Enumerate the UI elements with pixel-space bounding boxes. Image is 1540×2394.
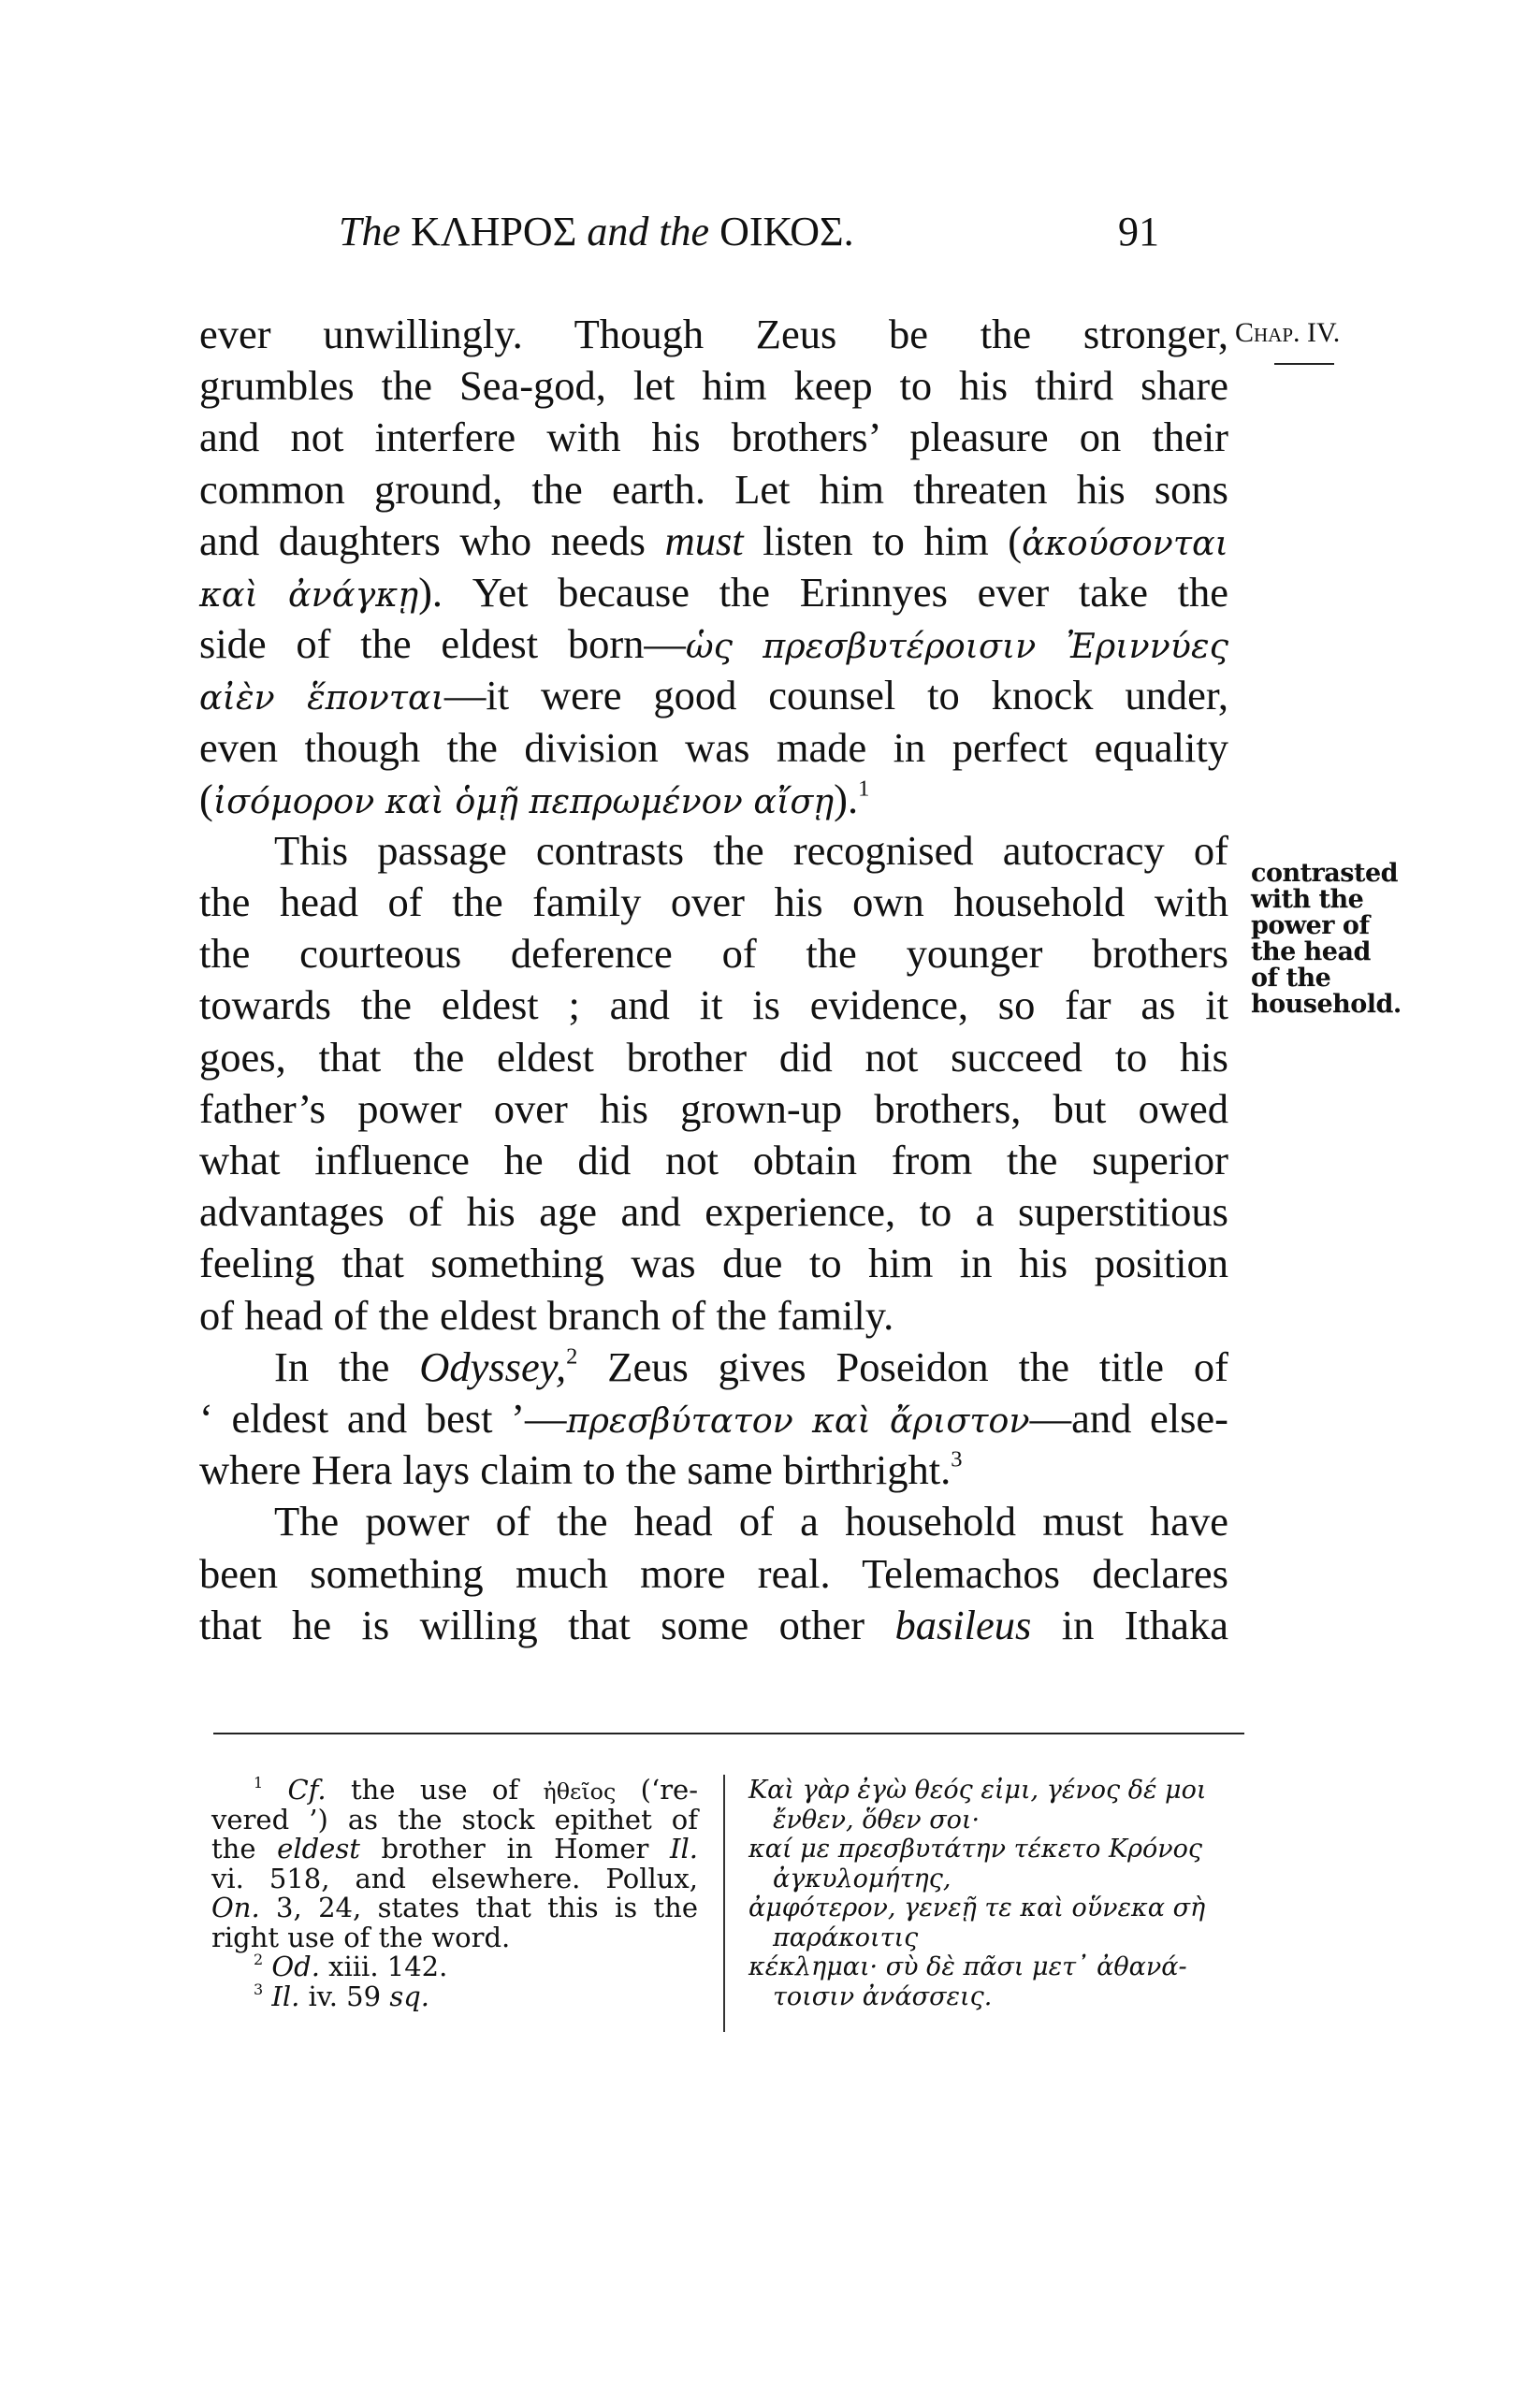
book-page: The ΚΛΗΡΟΣ and the ΟΙΚΟΣ. 91 Chap. IV. e… [0,0,1540,2394]
text-run: ever unwillingly. Though Zeus be the str… [199,311,1228,357]
text-run: vered ’) as the stock epithet of [211,1804,698,1835]
sidenote: contrastedwith thepower ofthe headof the… [1251,861,1532,1018]
running-head: The ΚΛΗΡΟΣ and the ΟΙΚΟΣ. 91 [339,204,1228,260]
footnote-column-divider [723,1775,725,2032]
text-line: that he is willing that some other basil… [199,1600,1228,1651]
footnote-line: vi. 518, and elsewhere. Pollux, [211,1864,698,1894]
sidenote-line: contrasted [1251,861,1532,887]
text-run: and daughters who needs [199,517,665,564]
greek-quotation: καὶ ἀνάγκῃ [199,574,418,615]
text-run [263,1980,271,2012]
text-run: grumbles the Sea-god, let him keep to hi… [199,362,1228,409]
footnote-reference: 1 [254,1774,263,1792]
greek-quotation: πρεσβύτατον καὶ ἄριστον [567,1400,1030,1441]
text-run: listen to him ( [744,517,1022,564]
text-run: of head of the eldest branch of the fami… [199,1292,893,1339]
text-run: feeling that something was due to him in… [199,1240,1228,1286]
verse-line: τοισιν ἀνάσσεις. [748,1982,1244,2012]
text-run: brother in Homer [360,1833,670,1864]
main-text: ever unwillingly. Though Zeus be the str… [199,309,1228,1651]
greek-quotation: ὡς πρεσβυτέροισιν Ἐριννύες [686,626,1228,666]
text-line: and not interfere with his brothers’ ple… [199,412,1228,463]
title-greek-oikos: ΟΙΚΟΣ. [719,209,854,254]
text-line: grumbles the Sea-god, let him keep to hi… [199,360,1228,412]
footnote-line: 2 Od. xiii. 142. [211,1952,698,1982]
footnote-reference: 2 [566,1343,577,1369]
footnote-line: 1 Cf. the use of ἠθεῖος (‘re- [211,1776,698,1806]
text-run: what influence he did not obtain from th… [199,1137,1228,1183]
text-run: This passage contrasts the recognised au… [274,827,1228,874]
italic-run: sq. [389,1980,429,2012]
italic-run: Odyssey, [419,1343,566,1390]
verse-line: Καὶ γὰρ ἐγὼ θεός εἰμι, γένος δέ μοι [748,1776,1244,1806]
text-run: side of the eldest born— [199,620,686,667]
text-run: in Ithaka [1031,1602,1228,1648]
text-line: ‘ eldest and best ’—πρεσβύτατον καὶ ἄρισ… [199,1393,1228,1444]
text-run: goes, that the eldest brother did not su… [199,1034,1228,1081]
text-run [263,1951,271,1982]
sidenote-line: with the [1251,887,1532,913]
italic-run: Il. [271,1980,299,2012]
text-line: In the Odyssey,2 Zeus gives Poseidon the… [199,1342,1228,1393]
footnote-line: 3 Il. iv. 59 sq. [211,1982,698,2012]
text-line: side of the eldest born—ὡς πρεσβυτέροισι… [199,618,1228,670]
text-run: the courteous deference of the younger b… [199,930,1228,977]
text-run: right use of the word. [211,1922,510,1953]
verse-line: ἀμφότερον, γενεῇ τε καὶ οὕνεκα σὴ [748,1893,1244,1923]
sidenote-line: the head [1251,939,1532,965]
footnotes-left-column: 1 Cf. the use of ἠθεῖος (‘re-vered ’) as… [211,1776,698,2011]
footnote-greek-verse: Καὶ γὰρ ἐγὼ θεός εἰμι, γένος δέ μοιἔνθεν… [748,1776,1244,2011]
verse-line: ἀγκυλομήτης, [748,1864,1244,1894]
greek-quotation: ἰσόμορον καὶ ὁμῇ πεπρωμένον αἴσῃ [213,781,834,821]
italic-run: On. [211,1892,260,1923]
text-line: of head of the eldest branch of the fami… [199,1290,1228,1342]
text-line: and daughters who needs must listen to h… [199,515,1228,567]
text-line: καὶ ἀνάγκῃ). Yet because the Erinnyes ev… [199,567,1228,618]
text-run: —and else- [1030,1395,1228,1442]
chapter-marker-rule [1274,363,1334,365]
text-line: The power of the head of a household mus… [199,1496,1228,1547]
text-line: common ground, the earth. Let him threat… [199,464,1228,515]
title-mid: and the [587,209,709,254]
text-line: This passage contrasts the recognised au… [199,825,1228,877]
text-run: that he is willing that some other [199,1602,894,1648]
text-run: even though the division was made in per… [199,724,1228,771]
text-run: xiii. 142. [320,1951,447,1982]
italic-run: basileus [894,1602,1031,1648]
text-line: the courteous deference of the younger b… [199,928,1228,979]
text-run: been something much more real. Telemacho… [199,1550,1228,1597]
footnote-rule [213,1733,1244,1734]
text-line: (ἰσόμορον καὶ ὁμῇ πεπρωμένον αἴσῃ).1 [199,774,1228,825]
footnote-line: the eldest brother in Homer Il. [211,1835,698,1864]
page-number: 91 [1118,204,1159,260]
italic-run: Il. [670,1833,698,1864]
text-run: towards the eldest ; and it is evidence,… [199,981,1228,1028]
text-run: In the [274,1343,419,1390]
text-run: The power of the head of a household mus… [274,1498,1228,1545]
text-run: advantages of his age and experience, to… [199,1188,1228,1235]
verse-line: καί με πρεσβυτάτην τέκετο Κρόνος [748,1835,1244,1864]
text-run: common ground, the earth. Let him threat… [199,466,1228,513]
sidenote-line: power of [1251,913,1532,939]
text-line: ever unwillingly. Though Zeus be the str… [199,309,1228,360]
text-run: ‘ eldest and best ’— [199,1395,567,1442]
text-run: Zeus gives Poseidon the title of [577,1343,1228,1390]
text-line: goes, that the eldest brother did not su… [199,1032,1228,1083]
italic-run: must [665,517,744,564]
text-run: —it were good counsel to knock under, [444,672,1228,718]
text-line: what influence he did not obtain from th… [199,1135,1228,1186]
text-run: (‘re- [616,1774,698,1806]
text-run: the head of the family over his own hous… [199,878,1228,925]
verse-line: παράκοιτις [748,1923,1244,1953]
text-run: 3, 24, states that this is the [260,1892,698,1923]
text-run: father’s power over his grown-up brother… [199,1085,1228,1132]
text-line: where Hera lays claim to the same birthr… [199,1444,1228,1496]
text-run: ). Yet because the Erinnyes ever take th… [418,569,1228,616]
text-run: and not interfere with his brothers’ ple… [199,414,1228,460]
italic-run: Cf. [288,1774,327,1806]
title-greek-kleros: ΚΛΗΡΟΣ [411,209,576,254]
chapter-marker: Chap. IV. [1235,314,1340,352]
footnote-line: On. 3, 24, states that this is the [211,1893,698,1923]
footnote-reference: 3 [951,1447,962,1473]
text-run: iv. 59 [299,1980,389,2012]
footnote-reference: 2 [254,1951,263,1968]
footnote-line: vered ’) as the stock epithet of [211,1806,698,1835]
italic-run: Od. [271,1951,320,1982]
text-line: αἰὲν ἕπονται—it were good counsel to kno… [199,670,1228,721]
greek-quotation: ἠθεῖος [544,1778,617,1805]
text-line: feeling that something was due to him in… [199,1238,1228,1289]
text-run: vi. 518, and elsewhere. Pollux, [211,1863,698,1894]
footnote-line: right use of the word. [211,1923,698,1953]
greek-quotation: αἰὲν ἕπονται [199,677,444,718]
text-run [263,1774,287,1806]
footnote-reference: 3 [254,1980,263,1998]
text-run: ). [834,776,858,822]
verse-line: κέκλημαι· σὺ δὲ πᾶσι μετ᾽ ἀθανά- [748,1952,1244,1982]
running-head-title: The ΚΛΗΡΟΣ and the ΟΙΚΟΣ. [339,204,854,260]
text-line: the head of the family over his own hous… [199,877,1228,928]
text-line: advantages of his age and experience, to… [199,1186,1228,1238]
text-run: ( [199,776,213,822]
text-line: even though the division was made in per… [199,722,1228,774]
text-run: where Hera lays claim to the same birthr… [199,1446,951,1493]
text-run: the use of [327,1774,544,1806]
sidenote-line: of the [1251,965,1532,992]
title-prefix: The [339,209,400,254]
footnote-reference: 1 [858,776,869,801]
text-line: towards the eldest ; and it is evidence,… [199,979,1228,1031]
sidenote-line: household. [1251,992,1532,1018]
text-line: been something much more real. Telemacho… [199,1548,1228,1600]
italic-run: eldest [277,1833,360,1864]
text-run: the [211,1833,277,1864]
greek-quotation: ἀκούσονται [1022,523,1228,563]
verse-line: ἔνθεν, ὅθεν σοι· [748,1806,1244,1835]
text-line: father’s power over his grown-up brother… [199,1083,1228,1135]
